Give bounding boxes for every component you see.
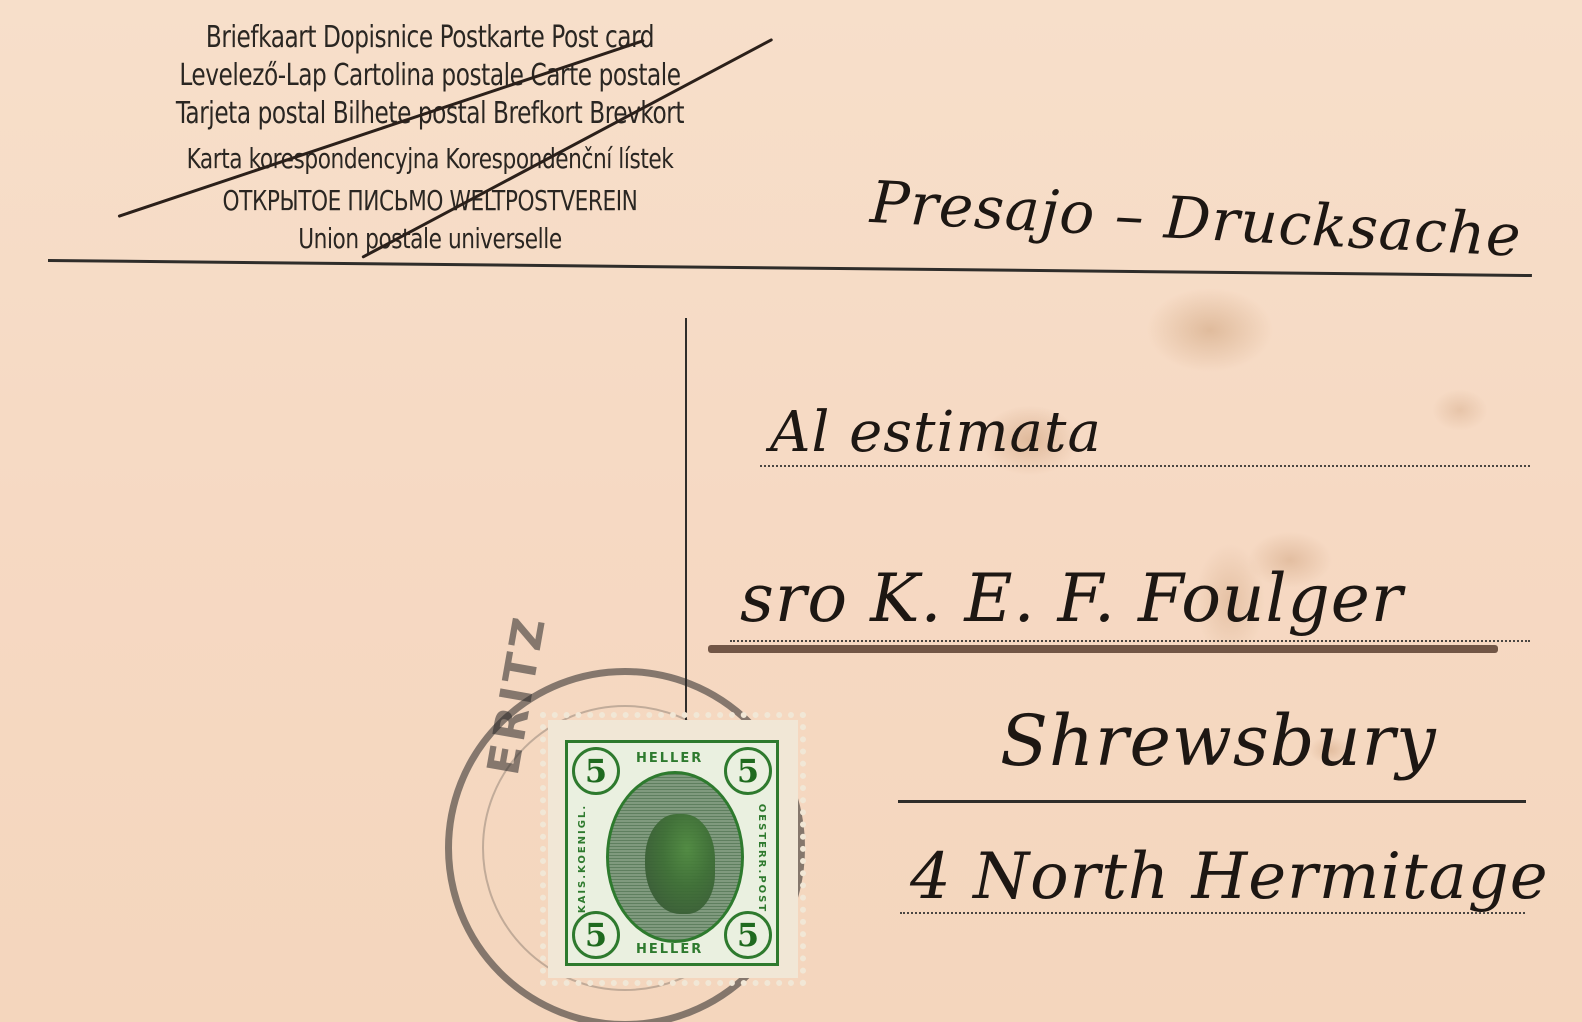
stamp-denomination-bl: 5 [572, 911, 620, 959]
stamp-right-legend: OESTERR.POST [756, 804, 767, 913]
handwriting-printed-matter: Presajo – Drucksache [869, 168, 1524, 270]
stamp-portrait-oval [606, 771, 744, 943]
stamp-unit-top: HELLER [636, 751, 703, 766]
handwriting-salutation: Al estimata [770, 400, 1102, 465]
address-line-3 [898, 800, 1526, 803]
stamp-left-legend: KAIS.KOENIGL. [577, 804, 588, 913]
handwriting-street: 4 North Hermitage [910, 840, 1549, 914]
stamp-denomination-tl: 5 [572, 747, 620, 795]
printed-header: Briefkaart Dopisnice Postkarte Post card… [30, 18, 830, 268]
emperor-portrait-icon [645, 814, 715, 914]
vertical-divider [685, 318, 687, 728]
stamp-frame: 5 5 5 5 HELLER HELLER KAIS.KOENIGL. OEST… [565, 740, 779, 966]
header-line-2: Levelező-Lap Cartolina postale Carte pos… [86, 58, 774, 93]
address-line-1 [760, 465, 1530, 467]
stamp-denomination-br: 5 [724, 911, 772, 959]
header-line-1: Briefkaart Dopisnice Postkarte Post card [86, 20, 774, 55]
header-line-5: ОТКРЫТОЕ ПИСЬМО WELTPOSTVEREIN [86, 184, 774, 217]
postage-stamp: 5 5 5 5 HELLER HELLER KAIS.KOENIGL. OEST… [548, 720, 798, 978]
header-line-4: Karta korespondencyjna Korespondenční lí… [86, 142, 774, 175]
handwriting-recipient-name: sro K. E. F. Foulger [740, 560, 1403, 637]
stamp-unit-bottom: HELLER [636, 942, 703, 957]
address-line-2 [730, 640, 1530, 642]
header-line-6: Union postale universelle [86, 222, 774, 255]
stamp-denomination-tr: 5 [724, 747, 772, 795]
address-underline-ink [708, 645, 1498, 653]
handwriting-city: Shrewsbury [1000, 700, 1437, 782]
postcard: Briefkaart Dopisnice Postkarte Post card… [0, 0, 1582, 1022]
